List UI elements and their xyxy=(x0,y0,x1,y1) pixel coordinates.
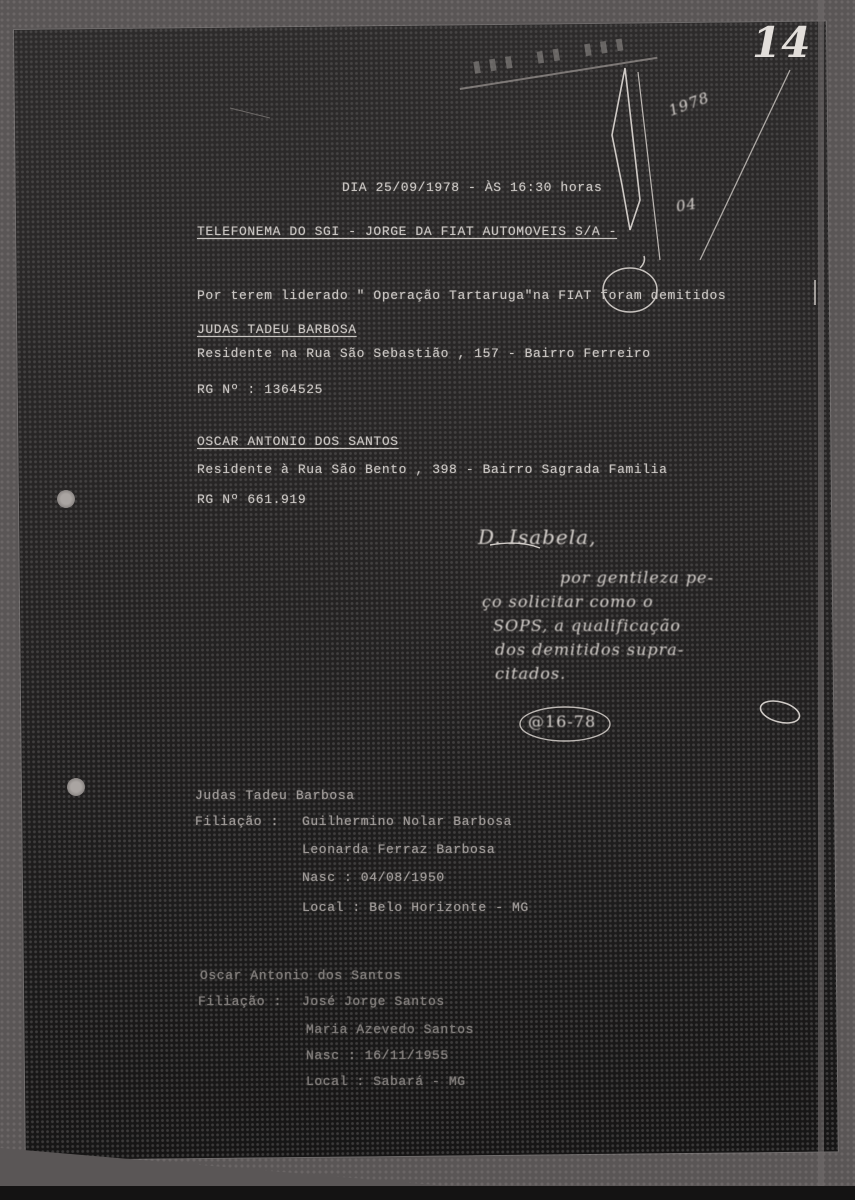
page-number: 14 xyxy=(752,18,810,67)
margin-annotation-initials: 04 xyxy=(675,194,699,215)
birth-date: Nasc : 16/11/1955 xyxy=(306,1048,449,1063)
note-line: ço solicitar como o xyxy=(482,592,654,611)
person-address: Residente à Rua São Bento , 398 - Bairro… xyxy=(197,462,667,477)
person-name: OSCAR ANTONIO DOS SANTOS xyxy=(197,434,399,449)
note-line: D. Isabela, xyxy=(478,525,596,549)
mother-name: Leonarda Ferraz Barbosa xyxy=(302,842,495,857)
birth-place: Local : Sabará - MG xyxy=(306,1074,466,1089)
note-line: SOPS, a qualificação xyxy=(493,616,681,635)
subject-line: TELEFONEMA DO SGI - JORGE DA FIAT AUTOMO… xyxy=(197,224,617,239)
date-line: DIA 25/09/1978 - ÀS 16:30 horas xyxy=(342,180,602,195)
punch-hole xyxy=(67,778,85,796)
birth-date: Nasc : 04/08/1950 xyxy=(302,870,445,885)
note-line: citados. xyxy=(495,664,566,683)
father-name: José Jorge Santos xyxy=(302,994,445,1009)
person-address: Residente na Rua São Sebastião , 157 - B… xyxy=(197,346,651,361)
intro-line: Por terem liderado " Operação Tartaruga"… xyxy=(197,288,726,303)
filiacao-label: Filiação : xyxy=(195,814,279,829)
father-name: Guilhermino Nolar Barbosa xyxy=(302,814,512,829)
qualification-name: Judas Tadeu Barbosa xyxy=(195,788,355,803)
page-edge xyxy=(818,0,824,1200)
person-rg: RG Nº : 1364525 xyxy=(197,382,323,397)
note-date-mark: @16-78 xyxy=(528,712,596,731)
punch-hole xyxy=(57,490,75,508)
note-line: por gentileza pe- xyxy=(560,568,714,587)
mother-name: Maria Azevedo Santos xyxy=(306,1022,474,1037)
filiacao-label: Filiação : xyxy=(198,994,282,1009)
note-line: dos demitidos supra- xyxy=(495,640,684,659)
person-name: JUDAS TADEU BARBOSA xyxy=(197,322,357,337)
person-rg: RG Nº 661.919 xyxy=(197,492,306,507)
scan-bottom-band xyxy=(0,1186,855,1200)
qualification-name: Oscar Antonio dos Santos xyxy=(200,968,402,983)
birth-place: Local : Belo Horizonte - MG xyxy=(302,900,529,915)
